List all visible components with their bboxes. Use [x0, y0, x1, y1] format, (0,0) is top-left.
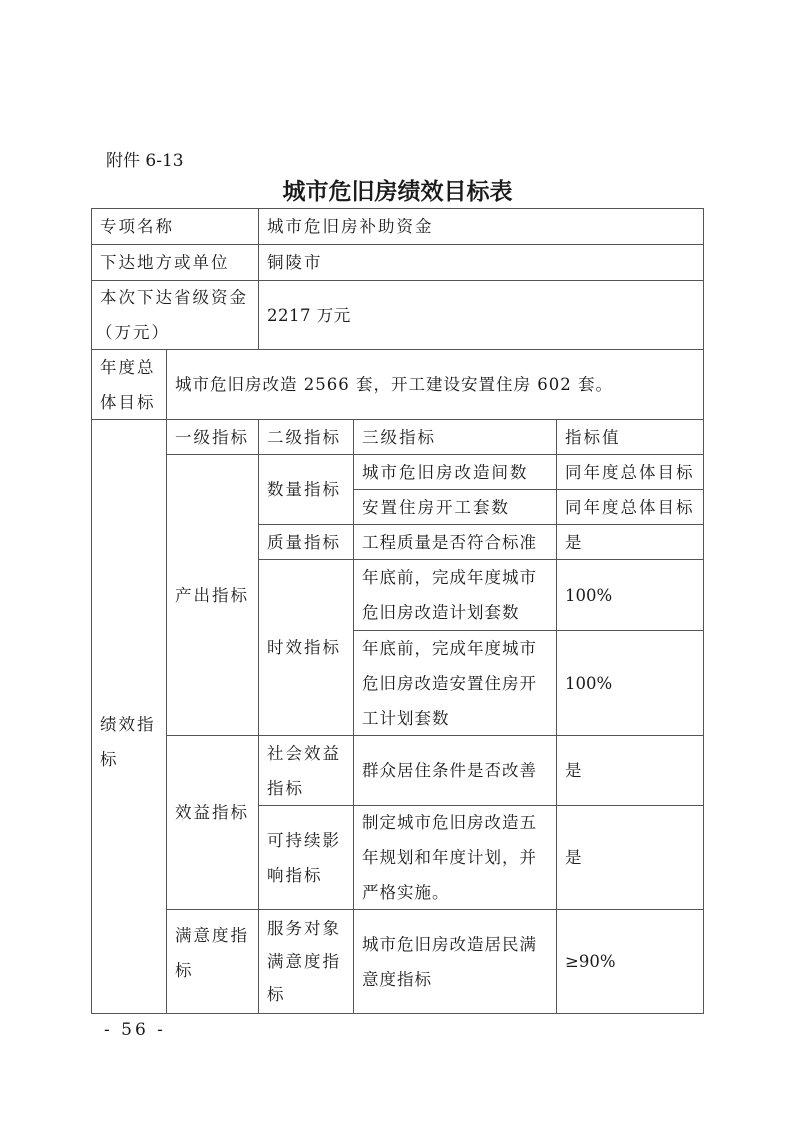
recipient-label-cell: 下达地方或单位 [91, 244, 259, 281]
value-row-1: 同年度总体目标 [556, 489, 704, 525]
level1-benefit-cell: 效益指标 [166, 735, 259, 910]
level3-text: 群众居住条件是否改善 [362, 753, 537, 788]
level1-benefit: 效益指标 [175, 795, 249, 830]
project-name-value: 城市危旧房补助资金 [267, 209, 434, 244]
level3-text-line: 严格实施。 [362, 875, 537, 910]
recipient-value: 铜陵市 [267, 245, 323, 280]
level1-satisfaction-line: 满意度指 [175, 918, 249, 953]
level2-service-line: 服务对象 [267, 912, 341, 945]
funds-label-line2: （万元） [96, 315, 248, 350]
performance-label-line1: 绩效指 [100, 707, 156, 742]
header-level2-label: 二级指标 [267, 420, 341, 455]
level2-quality-cell: 质量指标 [258, 524, 354, 560]
value-text: 是 [565, 840, 584, 875]
level2-quantity-cell: 数量指标 [258, 454, 354, 525]
level2-service-cell: 服务对象 满意度指 标 [258, 909, 354, 1014]
header-level3: 三级指标 [353, 419, 557, 455]
header-level2: 二级指标 [258, 419, 354, 455]
level2-social-line: 指标 [267, 771, 341, 806]
level1-satisfaction-cell: 满意度指 标 [166, 909, 259, 1014]
value-row-6: 是 [556, 805, 704, 910]
annual-goal-label-line2: 体目标 [100, 385, 156, 420]
value-text: 是 [565, 525, 584, 560]
level2-sustain-cell: 可持续影 响指标 [258, 805, 354, 910]
header-value-label: 指标值 [565, 420, 621, 455]
annual-goal-label-line1: 年度总 [100, 350, 156, 385]
level3-row-3: 年底前，完成年度城市 危旧房改造计划套数 [353, 559, 557, 631]
recipient-label: 下达地方或单位 [100, 245, 230, 280]
level2-social-line: 社会效益 [267, 736, 341, 771]
attachment-label: 附件 6-13 [106, 150, 184, 172]
level2-quality: 质量指标 [267, 525, 341, 560]
level3-row-4: 年底前，完成年度城市 危旧房改造安置住房开 工计划套数 [353, 630, 557, 736]
funds-value-cell: 2217 万元 [258, 280, 704, 350]
value-text: ≥90% [565, 944, 616, 979]
level1-output-cell: 产出指标 [166, 454, 259, 736]
value-text: 同年度总体目标 [565, 490, 695, 525]
value-row-0: 同年度总体目标 [556, 454, 704, 490]
page-number: - 56 - [104, 1020, 166, 1040]
value-text: 100% [565, 578, 612, 613]
level3-text: 城市危旧房改造间数 [362, 455, 529, 490]
level2-service-line: 满意度指 [267, 945, 341, 978]
header-level1-label: 一级指标 [175, 420, 249, 455]
level3-row-5: 群众居住条件是否改善 [353, 735, 557, 806]
recipient-value-cell: 铜陵市 [258, 244, 704, 281]
performance-label-line2: 标 [100, 742, 156, 777]
header-value: 指标值 [556, 419, 704, 455]
level3-row-2: 工程质量是否符合标准 [353, 524, 557, 560]
level3-text-line: 危旧房改造计划套数 [362, 595, 537, 630]
annual-goal-value: 城市危旧房改造 2566 套，开工建设安置住房 602 套。 [175, 367, 613, 402]
annual-goal-value-cell: 城市危旧房改造 2566 套，开工建设安置住房 602 套。 [166, 349, 704, 420]
header-level3-label: 三级指标 [362, 420, 436, 455]
page-title: 城市危旧房绩效目标表 [91, 178, 704, 206]
level3-text-line: 年底前，完成年度城市 [362, 631, 537, 666]
level3-text: 工程质量是否符合标准 [362, 525, 537, 560]
funds-value: 2217 万元 [267, 298, 351, 333]
level1-satisfaction-line: 标 [175, 953, 249, 988]
level2-timeliness-cell: 时效指标 [258, 559, 354, 736]
project-name-label-cell: 专项名称 [91, 208, 259, 245]
level3-row-6: 制定城市危旧房改造五 年规划和年度计划，并 严格实施。 [353, 805, 557, 910]
level2-social-cell: 社会效益 指标 [258, 735, 354, 806]
level3-text-line: 制定城市危旧房改造五 [362, 805, 537, 840]
level2-sustain-line: 响指标 [267, 858, 341, 893]
level3-text-line: 年底前，完成年度城市 [362, 560, 537, 595]
value-row-5: 是 [556, 735, 704, 806]
level3-row-1: 安置住房开工套数 [353, 489, 557, 525]
level3-text: 安置住房开工套数 [362, 490, 510, 525]
header-level1: 一级指标 [166, 419, 259, 455]
level3-text-line: 城市危旧房改造居民满 [362, 927, 537, 962]
project-name-label: 专项名称 [100, 209, 174, 244]
level3-text-line: 危旧房改造安置住房开 [362, 666, 537, 701]
value-row-4: 100% [556, 630, 704, 736]
value-text: 100% [565, 666, 612, 701]
level3-text-line: 意度指标 [362, 962, 537, 997]
funds-label-cell: 本次下达省级资金 （万元） [91, 280, 259, 350]
funds-label-line1: 本次下达省级资金 [100, 280, 248, 315]
level3-text-line: 工计划套数 [362, 701, 537, 736]
level3-row-7: 城市危旧房改造居民满 意度指标 [353, 909, 557, 1014]
project-name-value-cell: 城市危旧房补助资金 [258, 208, 704, 245]
value-text: 同年度总体目标 [565, 455, 695, 490]
level1-output: 产出指标 [175, 578, 249, 613]
value-row-2: 是 [556, 524, 704, 560]
value-text: 是 [565, 753, 584, 788]
level3-text-line: 年规划和年度计划，并 [362, 840, 537, 875]
level2-service-line: 标 [267, 978, 341, 1011]
level2-sustain-line: 可持续影 [267, 823, 341, 858]
value-row-3: 100% [556, 559, 704, 631]
performance-section-label-cell: 绩效指 标 [91, 419, 167, 1014]
level2-quantity: 数量指标 [267, 472, 341, 507]
value-row-7: ≥90% [556, 909, 704, 1014]
level2-timeliness: 时效指标 [267, 630, 341, 665]
annual-goal-label-cell: 年度总 体目标 [91, 349, 167, 420]
level3-row-0: 城市危旧房改造间数 [353, 454, 557, 490]
